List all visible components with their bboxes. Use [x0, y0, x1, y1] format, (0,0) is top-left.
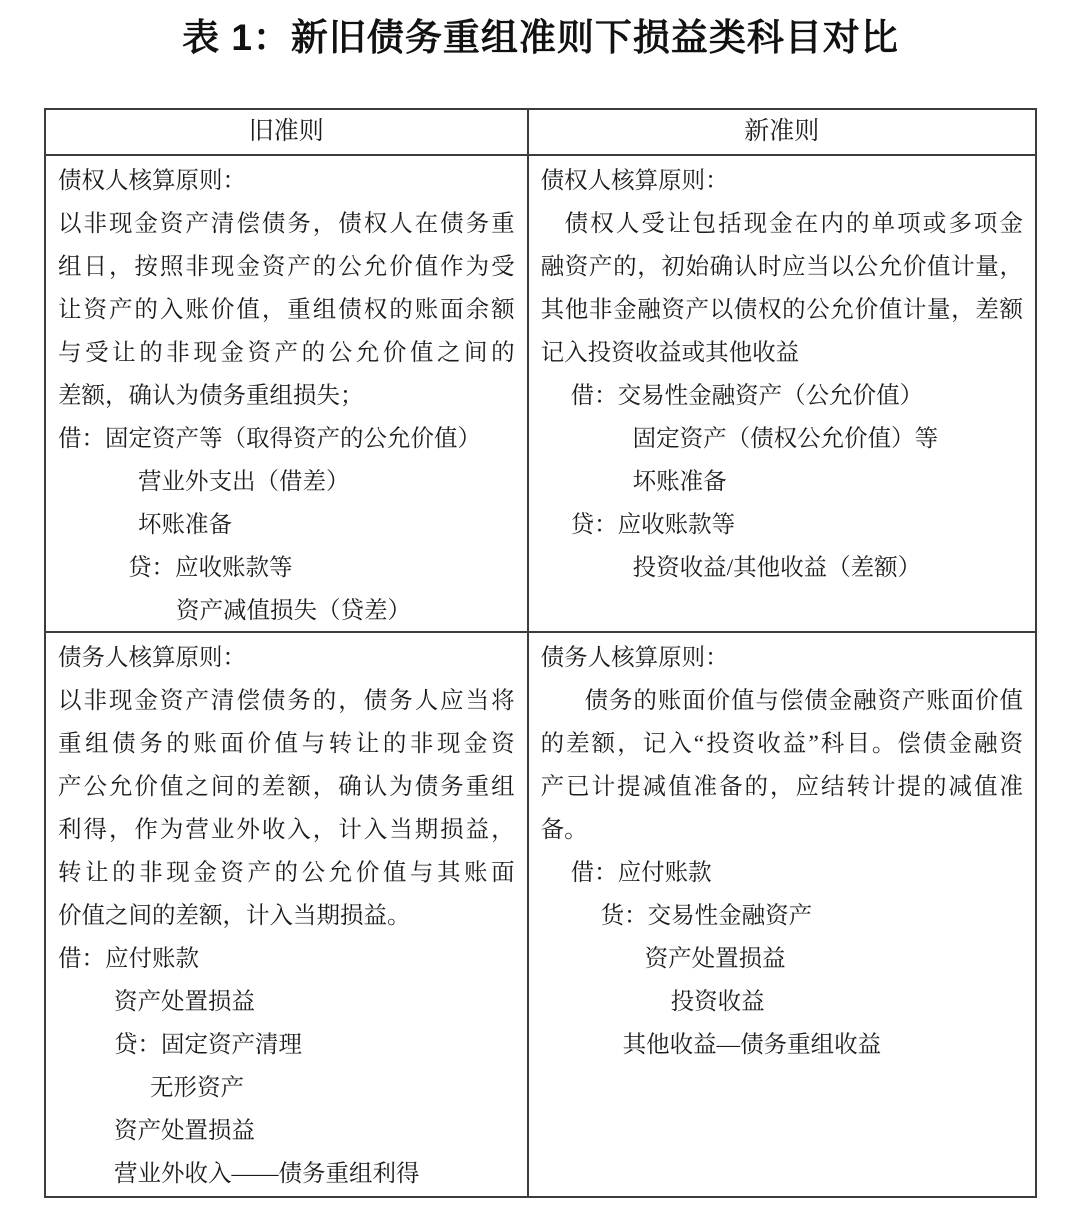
text-line: 融资产的，初始确认时应当以公允价值计量， — [541, 246, 1023, 289]
text-line: 以非现金资产清偿债务的，债务人应当将 — [58, 680, 515, 723]
text-line: 债务的账面价值与偿债金融资产账面价值 — [541, 680, 1023, 723]
journal-entry-line: 借：应付账款 — [58, 938, 515, 981]
text-line: 价值之间的差额，计入当期损益。 — [58, 895, 515, 938]
journal-entry-line: 坏账准备 — [541, 461, 1023, 504]
text-line: 备。 — [541, 809, 1023, 852]
text-line: 债权人受让包括现金在内的单项或多项金 — [541, 203, 1023, 246]
journal-entry-line: 借：固定资产等（取得资产的公允价值） — [58, 418, 515, 461]
journal-entry-line: 贷：应收账款等 — [58, 547, 515, 590]
text-line: 转让的非现金资产的公允价值与其账面 — [58, 852, 515, 895]
text-line: 产已计提减值准备的，应结转计提的减值准 — [541, 766, 1023, 809]
text-line: 差额，确认为债务重组损失； — [58, 375, 515, 418]
journal-entry-line: 资产处置损益 — [58, 981, 515, 1024]
text-line: 其他非金融资产以债权的公允价值计量，差额 — [541, 289, 1023, 332]
text-line: 组日，按照非现金资产的公允价值作为受 — [58, 246, 515, 289]
text-line: 产公允价值之间的差额，确认为债务重组 — [58, 766, 515, 809]
text-line: 与受让的非现金资产的公允价值之间的 — [58, 332, 515, 375]
journal-entry-line: 借：交易性金融资产（公允价值） — [541, 375, 1023, 418]
cell-old-creditor: 债权人核算原则： 以非现金资产清偿债务，债权人在债务重 组日，按照非现金资产的公… — [46, 156, 529, 633]
column-header-new: 新准则 — [529, 110, 1035, 156]
journal-entry-line: 贷：固定资产清理 — [58, 1024, 515, 1067]
cell-old-debtor: 债务人核算原则： 以非现金资产清偿债务的，债务人应当将 重组债务的账面价值与转让… — [46, 633, 529, 1196]
table-title: 表 1：新旧债务重组准则下损益类科目对比 — [0, 12, 1081, 64]
text-line: 记入投资收益或其他收益 — [541, 332, 1023, 375]
comparison-table: 旧准则 新准则 债权人核算原则： 以非现金资产清偿债务，债权人在债务重 组日，按… — [44, 108, 1037, 1198]
text-line: 债务人核算原则： — [541, 637, 1023, 680]
journal-entry-line: 借：应付账款 — [541, 852, 1023, 895]
column-header-old: 旧准则 — [46, 110, 529, 156]
journal-entry-line: 固定资产（债权公允价值）等 — [541, 418, 1023, 461]
journal-entry-line: 资产减值损失（贷差） — [58, 590, 515, 633]
journal-entry-line: 无形资产 — [58, 1067, 515, 1110]
text-line: 债务人核算原则： — [58, 637, 515, 680]
text-line: 让资产的入账价值，重组债权的账面余额 — [58, 289, 515, 332]
journal-entry-line: 其他收益—债务重组收益 — [541, 1024, 1023, 1067]
text-line: 债权人核算原则： — [541, 160, 1023, 203]
cell-new-debtor: 债务人核算原则： 债务的账面价值与偿债金融资产账面价值 的差额，记入“投资收益”… — [529, 633, 1035, 1196]
cell-new-creditor: 债权人核算原则： 债权人受让包括现金在内的单项或多项金 融资产的，初始确认时应当… — [529, 156, 1035, 633]
document-page: 表 1：新旧债务重组准则下损益类科目对比 旧准则 新准则 债权人核算原则： 以非… — [0, 0, 1081, 1218]
journal-entry-line: 营业外支出（借差） — [58, 461, 515, 504]
journal-entry-line: 投资收益/其他收益（差额） — [541, 547, 1023, 590]
text-line: 债权人核算原则： — [58, 160, 515, 203]
journal-entry-line: 营业外收入——债务重组利得 — [58, 1153, 515, 1196]
text-line: 的差额，记入“投资收益”科目。偿债金融资 — [541, 723, 1023, 766]
journal-entry-line: 投资收益 — [541, 981, 1023, 1024]
text-line: 利得，作为营业外收入，计入当期损益， — [58, 809, 515, 852]
journal-entry-line: 货：交易性金融资产 — [541, 895, 1023, 938]
journal-entry-line: 资产处置损益 — [58, 1110, 515, 1153]
journal-entry-line: 资产处置损益 — [541, 938, 1023, 981]
journal-entry-line: 坏账准备 — [58, 504, 515, 547]
text-line: 重组债务的账面价值与转让的非现金资 — [58, 723, 515, 766]
text-line: 以非现金资产清偿债务，债权人在债务重 — [58, 203, 515, 246]
journal-entry-line: 贷：应收账款等 — [541, 504, 1023, 547]
